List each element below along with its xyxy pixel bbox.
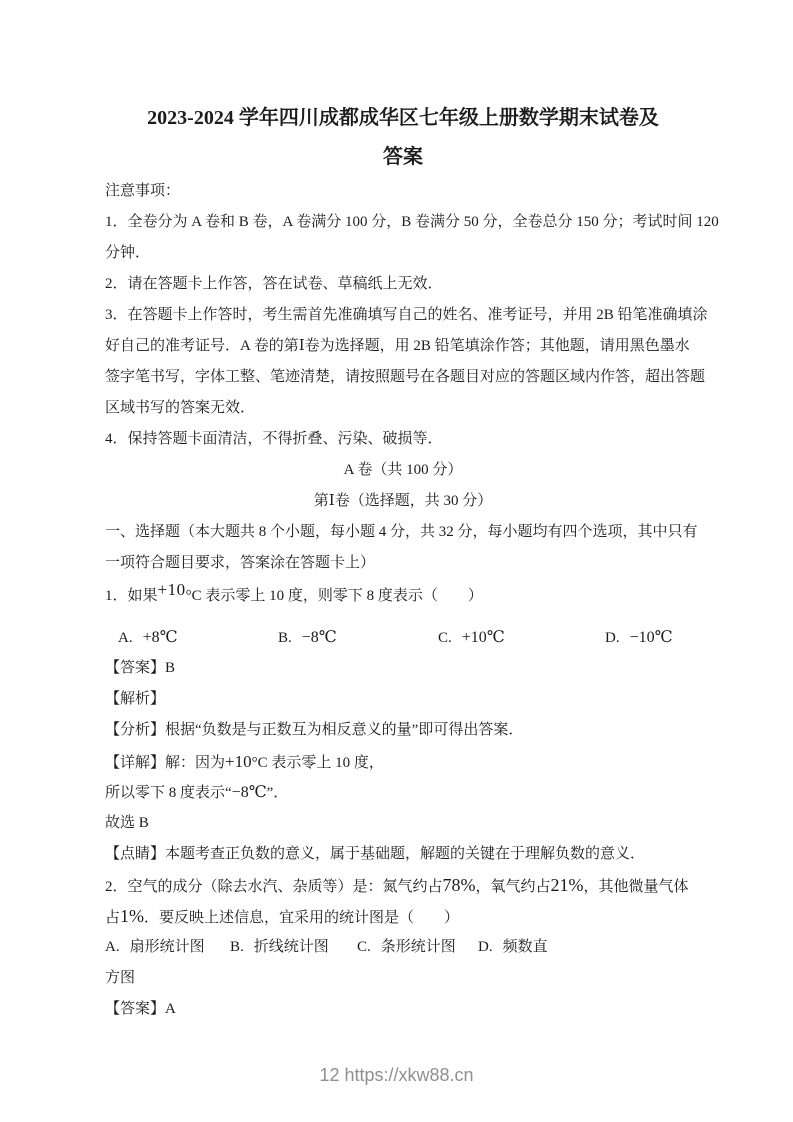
detail-suffix: 表示零上 10 度， bbox=[271, 755, 384, 771]
section-a-heading: A 卷（共 100 分） bbox=[105, 455, 701, 486]
question-2-stem-line-1: 2．空气的成分（除去水汽、杂质等）是：氮气约占78%，氧气约占21%，其他微量气… bbox=[105, 870, 701, 901]
option-value: 折线统计图 bbox=[254, 939, 329, 955]
question-2-option-d: D.频数直 bbox=[478, 932, 701, 963]
option-value: 频数直 bbox=[503, 939, 548, 955]
question-1-answer: 【答案】B bbox=[105, 653, 701, 684]
document-content: 2023-2024 学年四川成都成华区七年级上册数学期末试卷及 答案 注意事项：… bbox=[0, 0, 793, 1025]
option-label: C. bbox=[357, 939, 371, 955]
option-value: +10℃ bbox=[462, 629, 505, 646]
detail-2-close: ”． bbox=[267, 785, 289, 801]
question-1-detail-line-3: 故选 B bbox=[105, 808, 701, 839]
section-i-heading: 第Ⅰ卷（选择题，共 30 分） bbox=[105, 486, 701, 517]
question-1-stem-prefix: 1．如果 bbox=[105, 588, 158, 604]
notice-item-2: 2．请在答题卡上作答，答在试卷、草稿纸上无效． bbox=[105, 269, 701, 300]
exam-document-page: 2023-2024 学年四川成都成华区七年级上册数学期末试卷及 答案 注意事项：… bbox=[0, 0, 793, 1122]
option-value: 条形统计图 bbox=[381, 939, 456, 955]
notice-item-3-line-2: 好自己的准考证号．A 卷的第Ⅰ卷为选择题，用 2B 铅笔填涂作答；其他题，请用黑… bbox=[105, 331, 701, 362]
detail-prefix: 【详解】解：因为 bbox=[105, 755, 225, 771]
question-1-stem: 1．如果+10°C 表示零上 10 度，则零下 8 度表示（ ） bbox=[105, 579, 701, 610]
notice-item-3-line-1: 3．在答题卡上作答时，考生需首先准确填写自己的姓名、准考证号，并用 2B 铅笔准… bbox=[105, 300, 701, 331]
q2-stem-text-5: ．要反映上述信息，宜采用的统计图是（ ） bbox=[144, 910, 459, 926]
question-2-option-a: A.扇形统计图 bbox=[105, 932, 230, 963]
q2-stem-formula-3: 1% bbox=[120, 906, 144, 926]
q2-stem-text-3: ，其他微量气体 bbox=[584, 879, 689, 895]
option-label: B. bbox=[230, 939, 244, 955]
choice-section-intro-line-2: 一项符合题目要求，答案涂在答题卡上） bbox=[105, 548, 701, 579]
notice-heading: 注意事项： bbox=[105, 176, 701, 207]
question-2-answer: 【答案】A bbox=[105, 994, 701, 1025]
notice-item-4: 4．保持答题卡面清洁，不得折叠、污染、破损等． bbox=[105, 424, 701, 455]
detail-2-formula: −8℃ bbox=[232, 784, 267, 801]
q2-stem-formula-1: 78% bbox=[443, 875, 476, 895]
option-value: 扇形统计图 bbox=[130, 939, 205, 955]
question-1-note: 【点睛】本题考查正负数的意义，属于基础题，解题的关键在于理解负数的意义． bbox=[105, 839, 701, 870]
option-value: −8℃ bbox=[302, 629, 337, 646]
notice-item-3-line-3: 签字笔书写，字体工整、笔迹清楚，请按照题号在各题目对应的答题区域内作答，超出答题 bbox=[105, 362, 701, 393]
option-value: −10℃ bbox=[630, 629, 673, 646]
question-1-detail-line-1: 【详解】解：因为+10°C 表示零上 10 度， bbox=[105, 746, 701, 777]
question-2-option-c: C.条形统计图 bbox=[357, 932, 478, 963]
option-label: A. bbox=[105, 939, 120, 955]
question-2-option-b: B.折线统计图 bbox=[230, 932, 357, 963]
page-footer-watermark: 12 https://xkw88.cn bbox=[0, 1062, 793, 1088]
question-1-analysis-heading: 【解析】 bbox=[105, 684, 701, 715]
question-1-analysis: 【分析】根据“负数是与正数互为相反意义的量”即可得出答案． bbox=[105, 715, 701, 746]
option-label: D. bbox=[605, 630, 620, 646]
notice-item-1-line-1: 1．全卷分为 A 卷和 B 卷，A 卷满分 100 分，B 卷满分 50 分，全… bbox=[105, 207, 701, 238]
question-1-option-d: D.−10℃ bbox=[605, 622, 701, 654]
question-1-option-c: C.+10℃ bbox=[438, 622, 605, 654]
option-label: B. bbox=[278, 630, 292, 646]
detail-2-text: 所以零下 8 度表示“ bbox=[105, 785, 232, 801]
choice-section-intro-line-1: 一、选择题（本大题共 8 个小题，每小题 4 分，共 32 分，每小题均有四个选… bbox=[105, 517, 701, 548]
option-label: C. bbox=[438, 630, 452, 646]
question-1-stem-suffix: 表示零上 10 度，则零下 8 度表示（ ） bbox=[205, 588, 483, 604]
option-value: +8℃ bbox=[143, 629, 178, 646]
question-1-option-a: A.+8℃ bbox=[118, 622, 278, 654]
q2-stem-text-2: ，氧气约占 bbox=[476, 879, 551, 895]
detail-unit: °C bbox=[252, 755, 272, 771]
question-2-options: A.扇形统计图 B.折线统计图 C.条形统计图 D.频数直 bbox=[105, 932, 701, 963]
document-title-line-1: 2023-2024 学年四川成都成华区七年级上册数学期末试卷及 bbox=[105, 98, 701, 138]
document-title-line-2: 答案 bbox=[105, 138, 701, 176]
option-label: D. bbox=[478, 939, 493, 955]
question-1-options: A.+8℃ B.−8℃ C.+10℃ D.−10℃ bbox=[118, 622, 701, 653]
detail-formula: +10 bbox=[225, 752, 252, 771]
question-2-option-d-wrap: 方图 bbox=[105, 963, 701, 994]
question-1-option-b: B.−8℃ bbox=[278, 622, 438, 654]
q2-stem-text-1: 2．空气的成分（除去水汽、杂质等）是：氮气约占 bbox=[105, 879, 443, 895]
question-1-stem-unit: °C bbox=[186, 588, 206, 604]
question-1-detail-line-2: 所以零下 8 度表示“−8℃”． bbox=[105, 777, 701, 808]
question-2-stem-line-2: 占1%．要反映上述信息，宜采用的统计图是（ ） bbox=[105, 901, 701, 932]
notice-item-1-line-2: 分钟． bbox=[105, 238, 701, 269]
q2-stem-text-4: 占 bbox=[105, 910, 120, 926]
option-label: A. bbox=[118, 630, 133, 646]
question-1-stem-formula: +10 bbox=[158, 580, 186, 599]
q2-stem-formula-2: 21% bbox=[551, 875, 584, 895]
notice-item-3-line-4: 区域书写的答案无效． bbox=[105, 393, 701, 424]
